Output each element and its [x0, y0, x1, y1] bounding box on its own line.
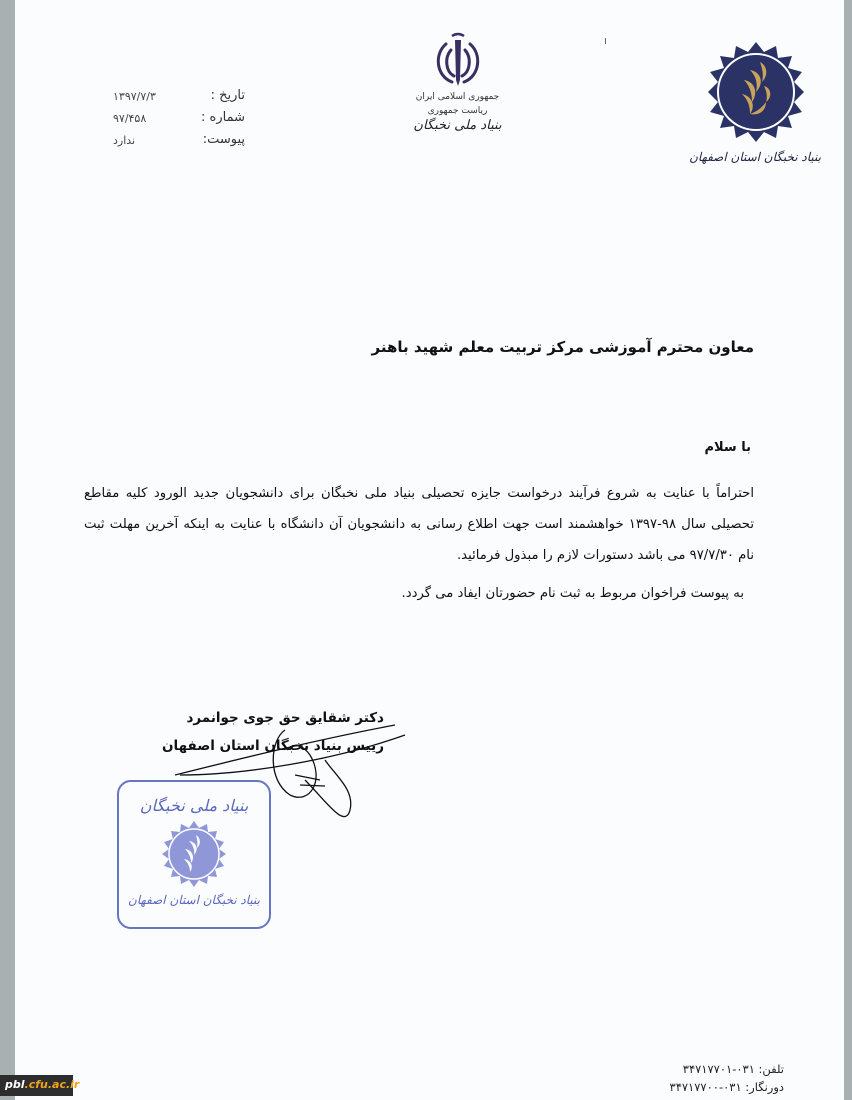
elites-foundation-logo-icon [704, 40, 808, 144]
letter-meta: تاریخ : ۱۳۹۷/۷/۳ شماره : ۹۷/۴۵۸ پیوست: ن… [105, 88, 245, 154]
body-paragraph: احتراماً با عنایت به شروع فرآیند درخواست… [84, 478, 754, 571]
watermark-prefix: pbl [5, 1078, 25, 1091]
number-value: ۹۷/۴۵۸ [113, 112, 146, 125]
logo-caption: بنیاد نخبگان استان اصفهان [691, 150, 821, 164]
stamp-bottom-text: بنیاد نخبگان استان اصفهان [119, 893, 269, 907]
date-label: تاریخ : [211, 88, 245, 103]
stamp-top-text: بنیاد ملی نخبگان [119, 796, 269, 815]
official-stamp: بنیاد ملی نخبگان بنیاد نخبگان استان اصفه… [117, 780, 271, 929]
site-watermark: pbl.cfu.ac.ir [0, 1075, 73, 1096]
attachment-value: ندارد [113, 134, 135, 147]
emblem-line1: جمهوری اسلامی ایران [410, 92, 505, 102]
meta-attachment: پیوست: ندارد [105, 132, 245, 154]
attachment-label: پیوست: [203, 132, 245, 147]
org-logo: بنیاد نخبگان استان اصفهان [691, 40, 821, 164]
recipient-line: معاون محترم آموزشی مرکز تربیت معلم شهید … [372, 338, 754, 356]
number-label: شماره : [201, 110, 245, 125]
meta-date: تاریخ : ۱۳۹۷/۷/۳ [105, 88, 245, 110]
scan-mark [605, 38, 606, 44]
stamp-logo-icon [159, 819, 229, 889]
emblem-line3: بنیاد ملی نخبگان [410, 118, 505, 133]
letter-page: تاریخ : ۱۳۹۷/۷/۳ شماره : ۹۷/۴۵۸ پیوست: ن… [15, 0, 844, 1100]
date-value: ۱۳۹۷/۷/۳ [113, 90, 156, 103]
attachment-note: به پیوست فراخوان مربوط به ثبت نام حضورتا… [402, 586, 744, 601]
greeting: با سلام [705, 440, 751, 455]
watermark-suffix: .cfu.ac.ir [25, 1078, 80, 1091]
iran-emblem-icon [432, 30, 484, 88]
meta-number: شماره : ۹۷/۴۵۸ [105, 110, 245, 132]
contact-info: تلفن: ۰۳۱-۳۴۷۱۷۷۰۱ دورنگار: ۰۳۱-۳۴۷۱۷۷۰۰ [670, 1062, 784, 1098]
emblem-line2: ریاست جمهوری [410, 106, 505, 116]
phone-number: تلفن: ۰۳۱-۳۴۷۱۷۷۰۱ [670, 1062, 784, 1080]
iran-emblem: جمهوری اسلامی ایران ریاست جمهوری بنیاد م… [410, 30, 505, 133]
fax-number: دورنگار: ۰۳۱-۳۴۷۱۷۷۰۰ [670, 1080, 784, 1098]
